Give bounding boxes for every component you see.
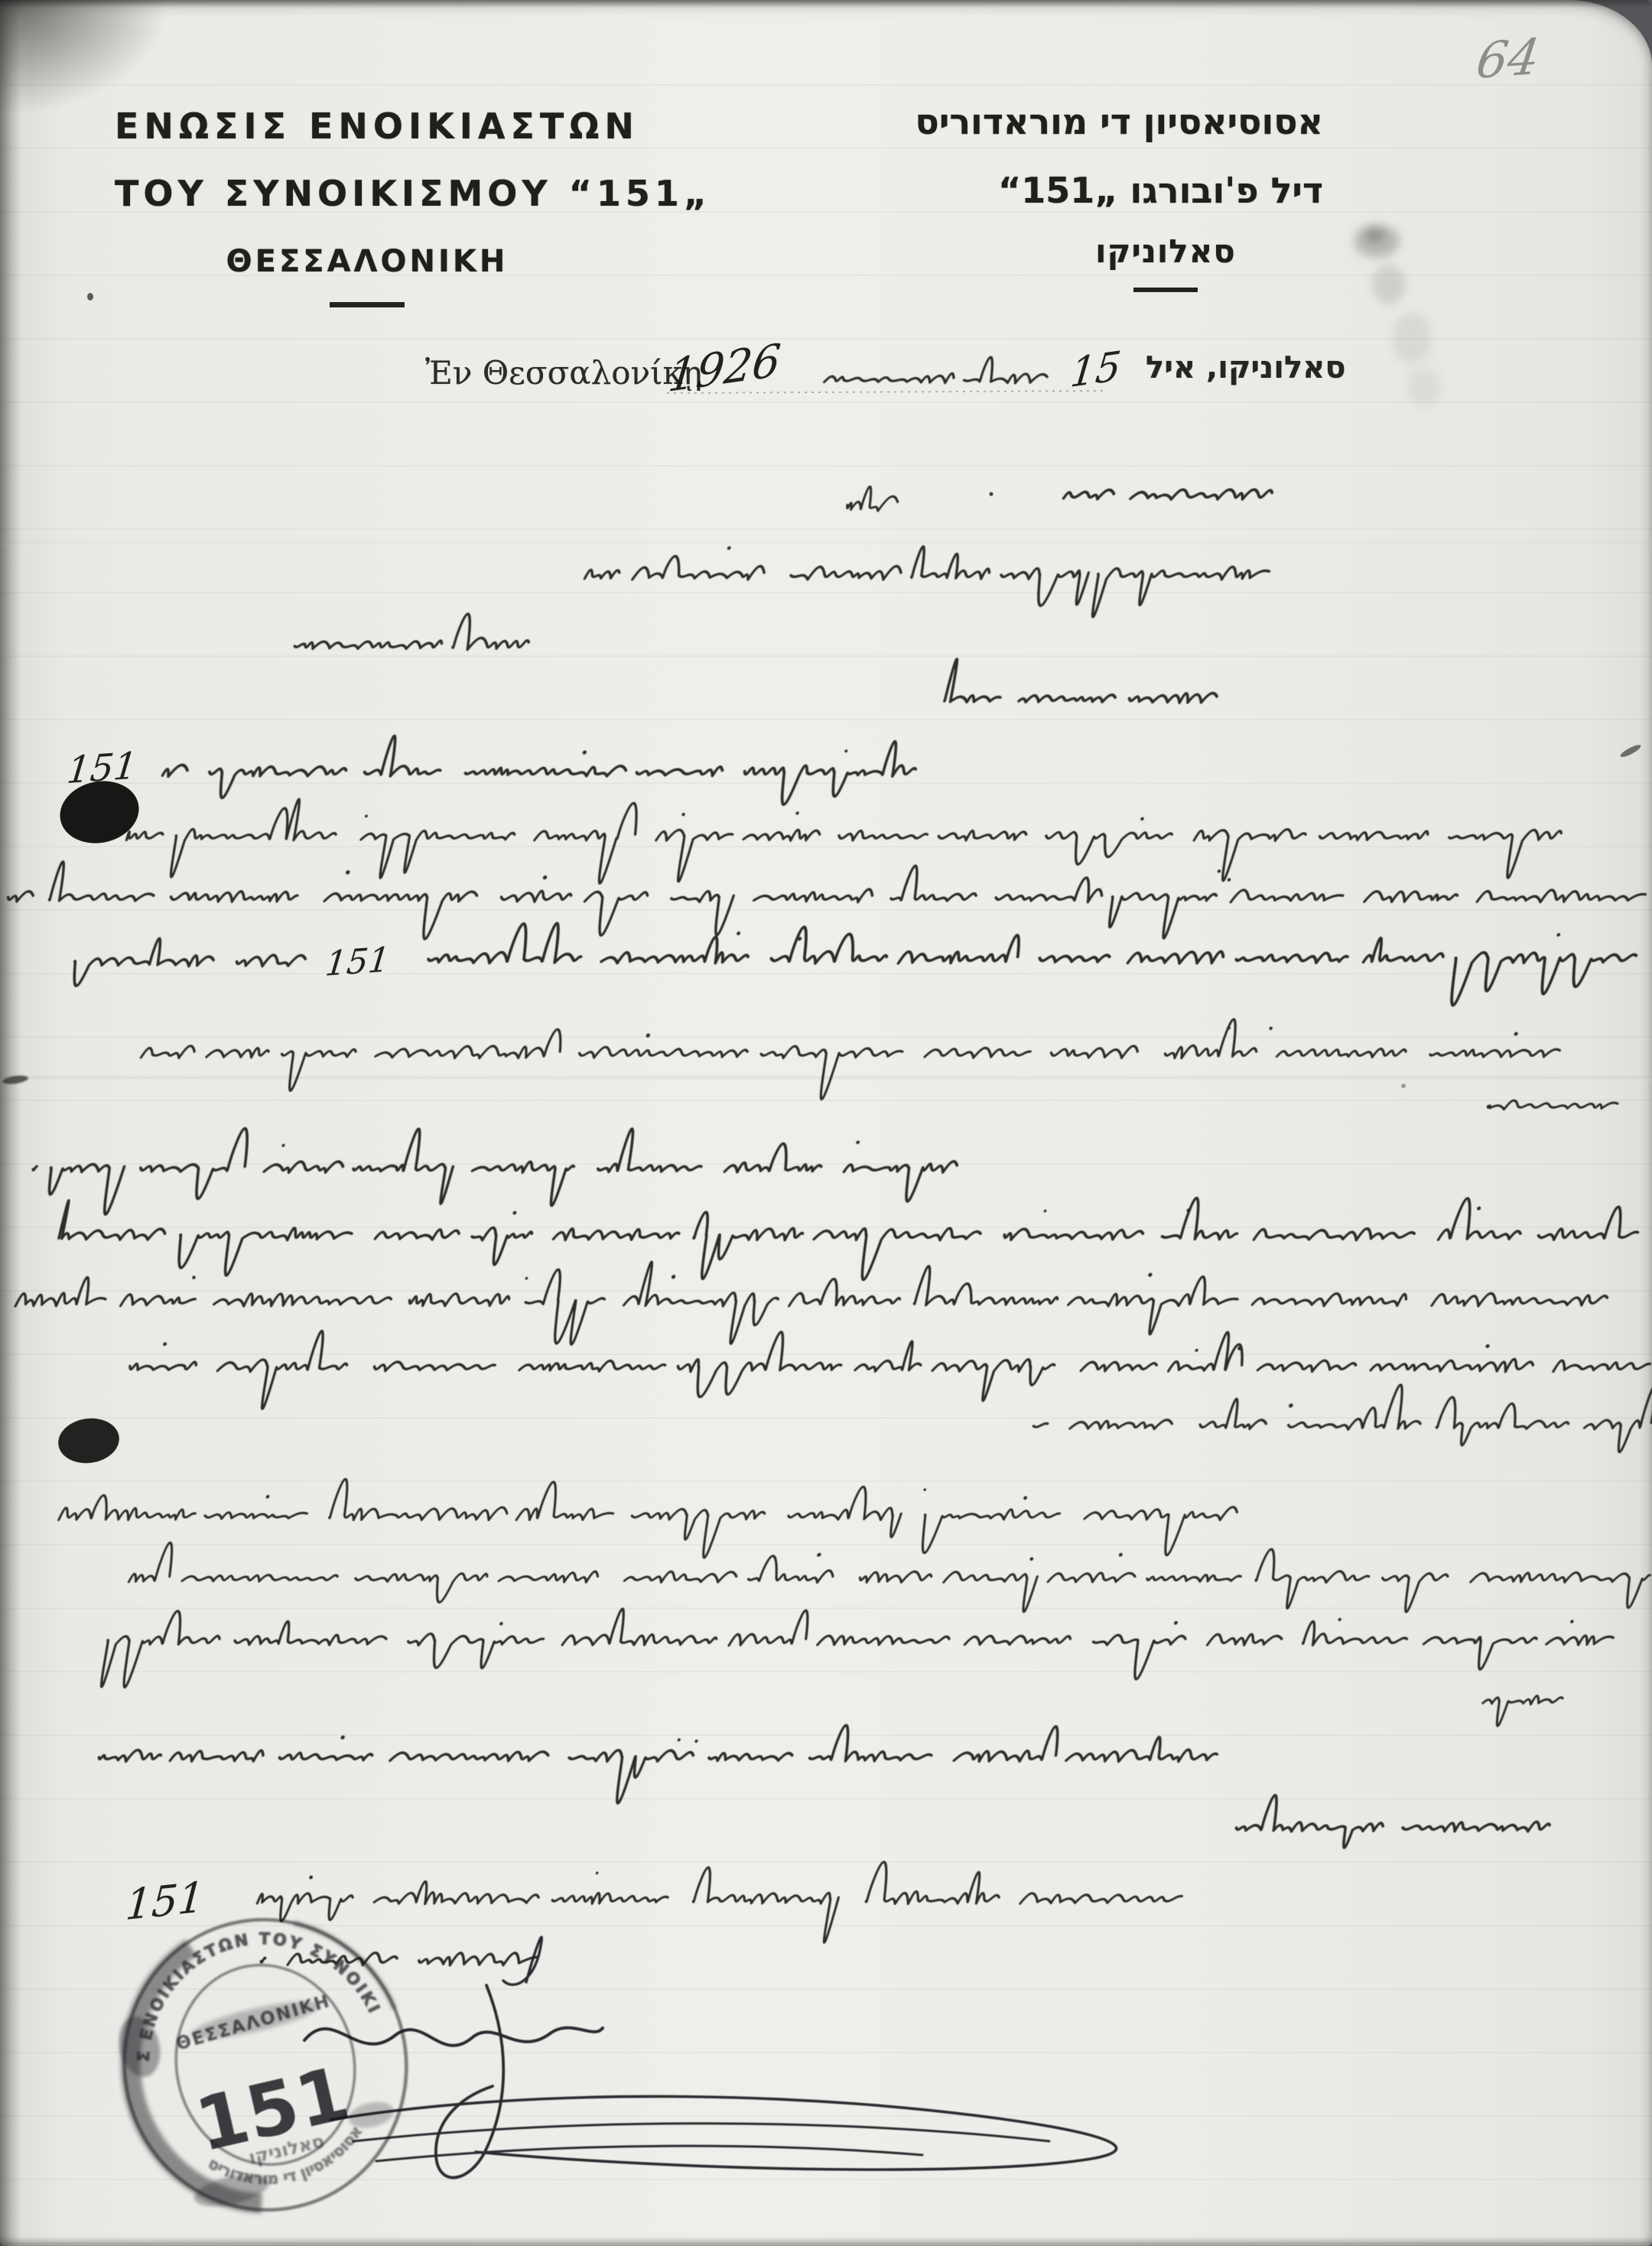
handwritten-line: [70, 938, 311, 986]
handwritten-line: [1478, 1696, 1563, 1726]
ink-blot-2: [55, 1415, 122, 1468]
handwritten-line: [132, 1019, 1566, 1100]
handwritten-line: [50, 1479, 1244, 1558]
signature-flourish: [304, 1937, 1117, 2177]
handwritten-line: [89, 1725, 1223, 1803]
handwriting-ink-layer: ΕΝΩΣΙΣ ΕΝΟΙΚΙΑΣΤΩΝ ΤΟΥ ΣΥΝΟΙΚΙΣΜΟΥאסוסיא…: [0, 0, 1652, 2246]
handwritten-line: [0, 862, 1652, 939]
handwritten-number: 15: [1068, 343, 1124, 397]
handwritten-line: [156, 736, 923, 804]
handwritten-line: [97, 1609, 1619, 1688]
handwritten-line: [1487, 1100, 1618, 1110]
handwritten-line: [117, 799, 1569, 883]
handwritten-line: [1028, 1385, 1652, 1452]
handwritten-line: [1063, 489, 1273, 499]
handwritten-line: [7, 1262, 1615, 1344]
handwritten-line: [1232, 1795, 1556, 1848]
handwritten-tokens: 19261515115115164: [65, 28, 1543, 1929]
scanned-letter-page: ΕΝΩΣΙΣ ΕΝΟΙΚΙΑΣΤΩΝ ΤΟΥ ΣΥΝΟΙΚΙΣΜΟΥ “151„…: [0, 0, 1652, 2246]
handwritten-line: [23, 1129, 965, 1214]
handwritten-line: [846, 486, 901, 511]
scan-marks: [2, 293, 1642, 1088]
handwritten-line: [824, 357, 1051, 383]
handwritten-line: [249, 1862, 1189, 1942]
handwritten-line: [121, 1331, 1652, 1409]
ink-smudge-stain: [1354, 224, 1441, 407]
handwritten-number: 151: [124, 1872, 206, 1929]
handwritten-line: [294, 614, 535, 650]
handwritten-number: 151: [324, 941, 392, 984]
page-number-pencil: 64: [1473, 28, 1543, 90]
handwritten-line: [50, 1198, 1645, 1280]
stamp-city-greek: ΘΕΣΣΑΛΟΝΙΚΗ: [174, 1991, 333, 2055]
handwritten-line: [122, 1542, 1652, 1612]
handwritten-body-lines: [0, 357, 1652, 1965]
handwritten-line: [576, 546, 1274, 616]
association-stamp: ΕΝΩΣΙΣ ΕΝΟΙΚΙΑΣΤΩΝ ΤΟΥ ΣΥΝΟΙΚΙΣΜΟΥאסוסיא…: [96, 1891, 435, 2238]
handwritten-line: [944, 659, 1225, 703]
